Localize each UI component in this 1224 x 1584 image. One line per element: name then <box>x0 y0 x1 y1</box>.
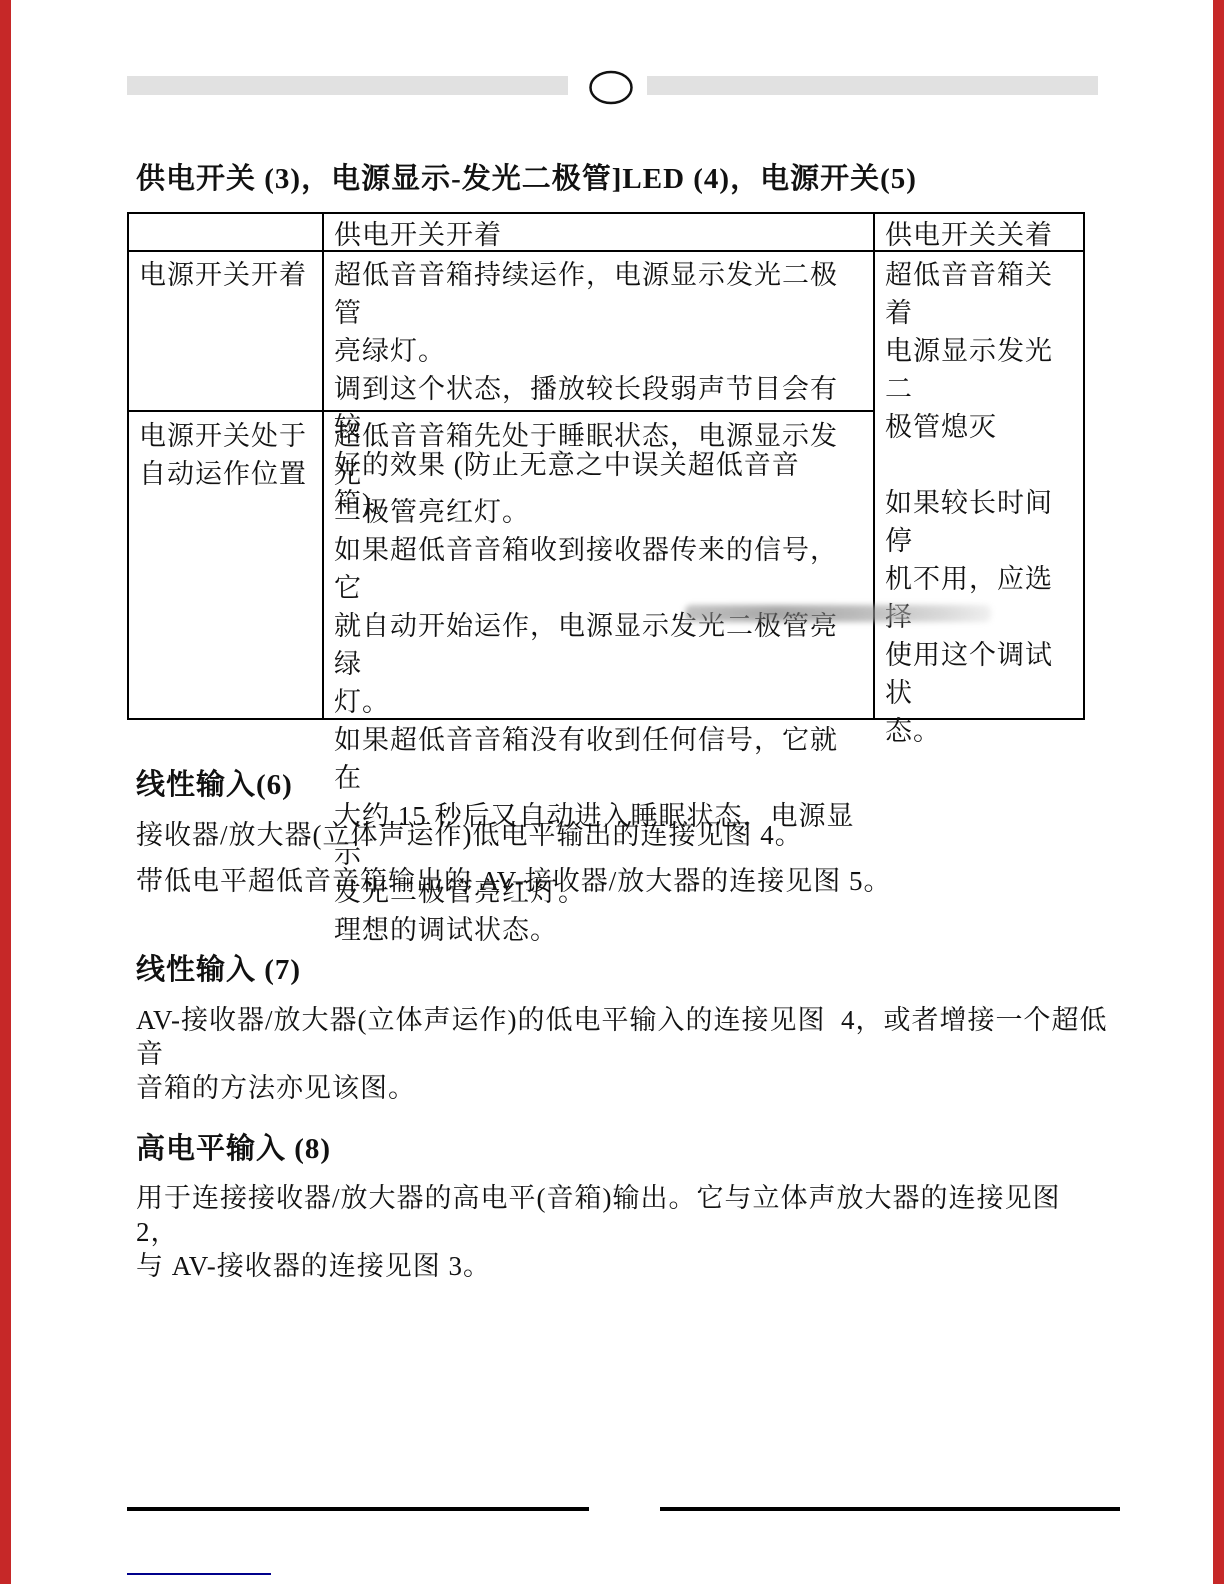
oval-icon <box>588 69 634 106</box>
section-heading-line-input-6: 线性输入(6) <box>136 769 1116 802</box>
footer-rule-right <box>660 1507 1120 1511</box>
table-side-note: 超低音音箱关着 电源显示发光二 极管熄灭 如果较长时间停 机不用，应选择 使用这… <box>885 256 1077 750</box>
header-rule-right <box>647 76 1098 95</box>
section-heading-high-level-input-8: 高电平输入 (8) <box>136 1133 1116 1166</box>
section-8-paragraph-1: 用于连接接收器/放大器的高电平(音箱)输出。它与立体声放大器的连接见图 2， 与… <box>136 1181 1111 1283</box>
table-row1-label: 电源开关开着 <box>139 256 317 294</box>
left-edge-bar <box>0 0 11 1584</box>
power-switch-table: 供电开关开着 供电开关关着 电源开关开着 超低音音箱持续运作，电源显示发光二极管… <box>127 212 1085 720</box>
header-rule-left <box>127 76 568 95</box>
page-title: 供电开关 (3)，电源显示-发光二极管]LED (4)，电源开关(5) <box>136 163 1116 196</box>
table-vertical-divider-2 <box>873 214 875 718</box>
manual-page: { "page": { "edge_bar_color": "#c62828",… <box>0 0 1224 1584</box>
table-header-switch-off: 供电开关关着 <box>885 216 1075 254</box>
footnote-link-underline[interactable] <box>127 1573 271 1575</box>
right-edge-bar <box>1213 0 1224 1584</box>
erased-text-smudge <box>685 605 991 622</box>
footer-rule-left <box>127 1507 589 1511</box>
section-heading-line-input-7: 线性输入 (7) <box>136 954 1116 987</box>
table-row2-label: 电源开关处于 自动运作位置 <box>139 417 317 493</box>
table-header-switch-on: 供电开关开着 <box>334 216 854 254</box>
section-6-paragraph-1: 接收器/放大器(立体声运作)低电平输出的连接见图 4。 <box>136 818 1111 852</box>
table-vertical-divider-1 <box>322 214 324 718</box>
section-7-paragraph-1: AV-接收器/放大器(立体声运作)的低电平输入的连接见图 4，或者增接一个超低音… <box>136 1003 1111 1105</box>
section-6-paragraph-2: 带低电平超低音音箱输出的 AV-接收器/放大器的连接见图 5。 <box>136 864 1111 898</box>
